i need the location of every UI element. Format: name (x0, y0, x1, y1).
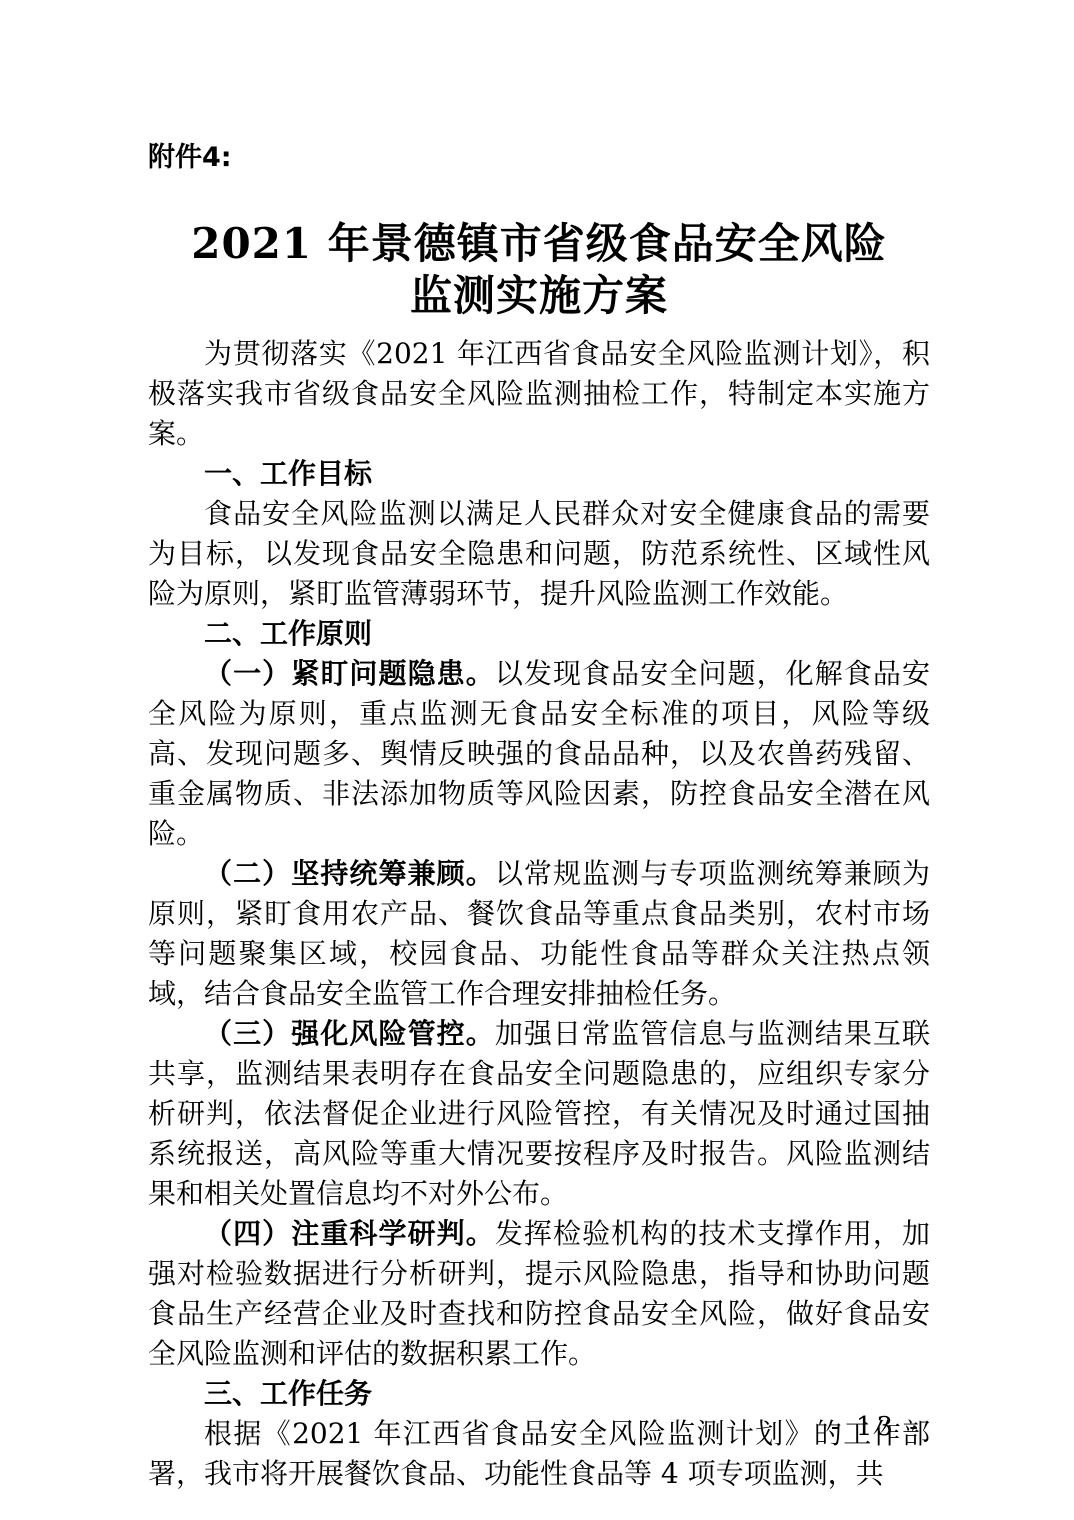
principle-item-3-lead: （三）强化风险管控。 (204, 1017, 495, 1050)
section-heading-work-objectives: 一、工作目标 (148, 454, 930, 494)
principle-item-2: （二）坚持统筹兼顾。以常规监测与专项监测统筹兼顾为原则，紧盯食用农产品、餐饮食品… (148, 854, 930, 1014)
page-number: - 13 - (831, 1412, 922, 1442)
attachment-label: 附件4: (148, 140, 930, 176)
paragraph-work-objectives: 食品安全风险监测以满足人民群众对安全健康食品的需要为目标，以发现食品安全隐患和问… (148, 494, 930, 614)
document-page: 附件4: 2021 年景德镇市省级食品安全风险 监测实施方案 为贯彻落实《202… (0, 0, 1074, 1520)
intro-paragraph: 为贯彻落实《2021 年江西省食品安全风险监测计划》，积极落实我市省级食品安全风… (148, 334, 930, 454)
document-body: 为贯彻落实《2021 年江西省食品安全风险监测计划》，积极落实我市省级食品安全风… (148, 334, 930, 1494)
paragraph-work-tasks: 根据《2021 年江西省食品安全风险监测计划》的工作部署，我市将开展餐饮食品、功… (148, 1414, 930, 1494)
principle-item-3: （三）强化风险管控。加强日常监管信息与监测结果互联共享，监测结果表明存在食品安全… (148, 1014, 930, 1214)
document-title-line2: 监测实施方案 (148, 270, 930, 322)
principle-item-2-lead: （二）坚持统筹兼顾。 (204, 857, 495, 890)
principle-item-4-lead: （四）注重科学研判。 (204, 1217, 495, 1250)
document-title: 2021 年景德镇市省级食品安全风险 监测实施方案 (148, 218, 930, 322)
section-heading-work-principles: 二、工作原则 (148, 614, 930, 654)
principle-item-1: （一）紧盯问题隐患。以发现食品安全问题，化解食品安全风险为原则，重点监测无食品安… (148, 654, 930, 854)
document-content: 附件4: 2021 年景德镇市省级食品安全风险 监测实施方案 为贯彻落实《202… (148, 140, 930, 1494)
document-title-line1: 2021 年景德镇市省级食品安全风险 (148, 218, 930, 270)
principle-item-1-lead: （一）紧盯问题隐患。 (204, 657, 495, 690)
principle-item-4: （四）注重科学研判。发挥检验机构的技术支撑作用，加强对检验数据进行分析研判，提示… (148, 1214, 930, 1374)
section-heading-work-tasks: 三、工作任务 (148, 1374, 930, 1414)
